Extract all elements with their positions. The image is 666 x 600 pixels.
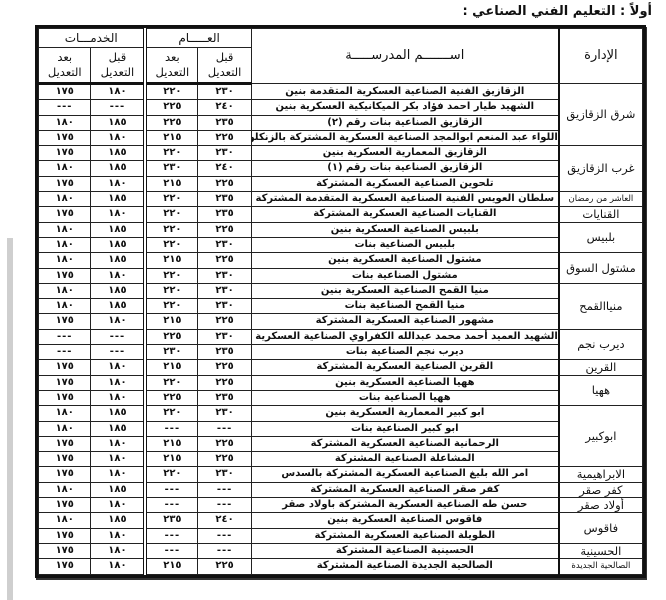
services-before-cell: ١٨٠ — [91, 543, 145, 558]
services-before-cell: --- — [91, 345, 145, 360]
school-name-cell: ههيا الصناعية العسكرية بنين — [251, 375, 559, 390]
services-before-cell: ١٨٥ — [91, 299, 145, 314]
general-before-cell: ٢٣٥ — [198, 115, 251, 130]
table-row: العاشر من رمضانسلطان العويس الفنية الصنا… — [39, 192, 643, 207]
services-before-cell: ١٨٠ — [91, 130, 145, 145]
services-after-cell: ١٨٠ — [39, 406, 91, 421]
table-row: فاقوسفاقوس الصناعية العسكرية بنين٢٤٠٢٣٥١… — [39, 513, 643, 528]
table-row: ديرب نجمالشهيد العميد أحمد محمد عبدالله … — [39, 329, 643, 344]
school-name-cell: سلطان العويس الفنية الصناعية العسكرية ال… — [251, 192, 559, 207]
services-after-cell: ١٧٥ — [39, 498, 91, 513]
admin-cell: الصالحية الجديدة — [559, 559, 643, 574]
services-after-cell: ١٧٥ — [39, 559, 91, 574]
admin-cell: القرين — [559, 360, 643, 375]
general-after-cell: ٢٢٠ — [145, 237, 197, 252]
general-after-cell: ٢٢٠ — [145, 207, 197, 222]
general-after-cell: --- — [145, 528, 197, 543]
services-before-cell: ١٨٥ — [91, 482, 145, 497]
services-after-cell: ١٧٥ — [39, 528, 91, 543]
table-row: ههيا الصناعية بنات٢٣٥٢٢٥١٨٠١٧٥ — [39, 390, 643, 405]
services-after-cell: ١٨٠ — [39, 161, 91, 176]
services-before-cell: ١٨٠ — [91, 84, 145, 100]
services-before-cell: ١٨٠ — [91, 375, 145, 390]
services-after-cell: ١٧٥ — [39, 207, 91, 222]
services-before-cell: ١٨٠ — [91, 207, 145, 222]
general-after-cell: ٢٢٠ — [145, 192, 197, 207]
table-row: الابراهيميةامر الله بليغ الصناعية العسكر… — [39, 467, 643, 482]
table-row: بلبيسبلبيس الصناعية العسكرية بنين٢٢٥٢٢٠١… — [39, 222, 643, 237]
admin-cell: ابوكبير — [559, 406, 643, 467]
services-after-cell: ١٧٥ — [39, 146, 91, 161]
general-after-cell: ٢٢٠ — [145, 222, 197, 237]
page-edge-bar — [7, 238, 13, 600]
services-before-cell: ١٨٠ — [91, 390, 145, 405]
general-before-cell: ٢٤٠ — [198, 100, 251, 115]
general-before-cell: ٢٢٥ — [198, 360, 251, 375]
admin-cell: شرق الزقازيق — [559, 84, 643, 146]
general-before-cell: ٢٣٥ — [198, 207, 251, 222]
general-after-cell: ٢٢٠ — [145, 283, 197, 298]
services-before-cell: ١٨٥ — [91, 146, 145, 161]
table-row: منياالقمحمنيا القمح الصناعية العسكرية بن… — [39, 283, 643, 298]
services-before-cell: ١٨٠ — [91, 467, 145, 482]
services-before-cell: ١٨٥ — [91, 253, 145, 268]
services-before-cell: --- — [91, 100, 145, 115]
table-row: الصالحية الجديدةالصالحية الجديدة الصناعي… — [39, 559, 643, 574]
general-before-cell: --- — [198, 421, 251, 436]
school-name-cell: المشاعلة الصناعية المشتركة — [251, 452, 559, 467]
header-services-after: بعد التعديل — [39, 48, 91, 84]
school-name-cell: منيا القمح الصناعية بنات — [251, 299, 559, 314]
table-row: الرحمانية الصناعية العسكرية المشتركة٢٢٥٢… — [39, 436, 643, 451]
table-row: كفر صقركفر صقر الصناعية العسكرية المشترك… — [39, 482, 643, 497]
services-after-cell: ١٧٥ — [39, 543, 91, 558]
general-after-cell: ٢٢٥ — [145, 329, 197, 344]
general-before-cell: ٢٣٠ — [198, 237, 251, 252]
school-name-cell: الزقازيق الصناعية بنات رقم (١) — [251, 161, 559, 176]
general-before-cell: ٢٣٠ — [198, 268, 251, 283]
general-after-cell: ٢٢٠ — [145, 375, 197, 390]
services-before-cell: ١٨٥ — [91, 406, 145, 421]
table-row: مشتول السوقمشتول الصناعية العسكرية بنين٢… — [39, 253, 643, 268]
table-row: الزقازيق الصناعية بنات رقم (٢)٢٣٥٢٢٥١٨٥١… — [39, 115, 643, 130]
header-general-before: قبل التعديل — [198, 48, 251, 84]
school-name-cell: القرين الصناعية العسكرية المشتركة — [251, 360, 559, 375]
services-after-cell: ١٧٥ — [39, 436, 91, 451]
services-before-cell: ١٨٠ — [91, 436, 145, 451]
general-before-cell: ٢٢٥ — [198, 253, 251, 268]
general-before-cell: ٢٣٠ — [198, 84, 251, 100]
table-row: أولاد صقرحسن طه الصناعية العسكرية المشتر… — [39, 498, 643, 513]
general-before-cell: ٢٢٥ — [198, 222, 251, 237]
general-before-cell: ٢٢٥ — [198, 314, 251, 329]
general-before-cell: ٢٢٥ — [198, 176, 251, 191]
admin-cell: الابراهيمية — [559, 467, 643, 482]
school-name-cell: الزقازيق الصناعية بنات رقم (٢) — [251, 115, 559, 130]
general-after-cell: ٢٣٠ — [145, 161, 197, 176]
table-row: شرق الزقازيقالزقازيق الفنية الصناعية الع… — [39, 84, 643, 100]
school-name-cell: ابو كبير الصناعية بنات — [251, 421, 559, 436]
services-after-cell: ١٧٥ — [39, 360, 91, 375]
school-name-cell: منيا القمح الصناعية العسكرية بنين — [251, 283, 559, 298]
school-name-cell: امر الله بليغ الصناعية العسكرية المشتركة… — [251, 467, 559, 482]
table-row: غرب الزقازيقالزقازيق المعمارية العسكرية … — [39, 146, 643, 161]
general-before-cell: ٢٣٠ — [198, 406, 251, 421]
table-row: القرينالقرين الصناعية العسكرية المشتركة٢… — [39, 360, 643, 375]
admin-cell: غرب الزقازيق — [559, 146, 643, 192]
general-after-cell: ٢١٥ — [145, 130, 197, 145]
general-after-cell: ٢٢٠ — [145, 146, 197, 161]
services-before-cell: ١٨٥ — [91, 237, 145, 252]
services-before-cell: ١٨٠ — [91, 176, 145, 191]
scores-table-frame: الإدارة اســـــــم المدرســـــة العـــــ… — [35, 25, 646, 578]
table-row: ههياههيا الصناعية العسكرية بنين٢٢٥٢٢٠١٨٠… — [39, 375, 643, 390]
school-name-cell: حسن طه الصناعية العسكرية المشتركة باولاد… — [251, 498, 559, 513]
services-before-cell: ١٨٠ — [91, 268, 145, 283]
services-after-cell: ١٨٠ — [39, 115, 91, 130]
header-general: العـــــام — [145, 29, 251, 48]
general-after-cell: ٢٢٠ — [145, 406, 197, 421]
services-after-cell: ١٨٠ — [39, 237, 91, 252]
services-before-cell: ١٨٠ — [91, 314, 145, 329]
general-after-cell: --- — [145, 482, 197, 497]
table-row: الطويلة الصناعية العسكرية المشتركة------… — [39, 528, 643, 543]
school-name-cell: الزقازيق المعمارية العسكرية بنين — [251, 146, 559, 161]
general-after-cell: --- — [145, 543, 197, 558]
general-before-cell: ٢٣٠ — [198, 283, 251, 298]
table-row: مشتول الصناعية بنات٢٣٠٢٢٠١٨٠١٧٥ — [39, 268, 643, 283]
school-name-cell: فاقوس الصناعية العسكرية بنين — [251, 513, 559, 528]
table-row: بلبيس الصناعية بنات٢٣٠٢٢٠١٨٥١٨٠ — [39, 237, 643, 252]
school-name-cell: بلبيس الصناعية بنات — [251, 237, 559, 252]
general-after-cell: ٢١٥ — [145, 452, 197, 467]
general-after-cell: ٢١٥ — [145, 436, 197, 451]
school-name-cell: الرحمانية الصناعية العسكرية المشتركة — [251, 436, 559, 451]
school-name-cell: الحسينية الصناعية المشتركة — [251, 543, 559, 558]
general-after-cell: ٢١٥ — [145, 176, 197, 191]
table-row: القناياتالقنايات الصناعية العسكرية المشت… — [39, 207, 643, 222]
header-general-after: بعد التعديل — [145, 48, 197, 84]
scores-table: الإدارة اســـــــم المدرســـــة العـــــ… — [38, 28, 643, 575]
services-before-cell: ١٨٠ — [91, 528, 145, 543]
table-row: ابو كبير الصناعية بنات------١٨٥١٨٠ — [39, 421, 643, 436]
table-row: الشهيد طيار احمد فؤاد بكر الميكانيكية ال… — [39, 100, 643, 115]
header-services: الخدمـــات — [39, 29, 146, 48]
school-name-cell: اللواء عبد المنعم ابوالمجد الصناعية العس… — [251, 130, 559, 145]
admin-cell: العاشر من رمضان — [559, 192, 643, 207]
services-after-cell: ١٨٠ — [39, 421, 91, 436]
general-after-cell: ٢٢٠ — [145, 268, 197, 283]
general-before-cell: ٢٣٠ — [198, 146, 251, 161]
general-before-cell: ٢٢٥ — [198, 452, 251, 467]
services-after-cell: ١٧٥ — [39, 130, 91, 145]
school-name-cell: الشهيد طيار احمد فؤاد بكر الميكانيكية ال… — [251, 100, 559, 115]
admin-cell: ههيا — [559, 375, 643, 406]
services-before-cell: ١٨٠ — [91, 452, 145, 467]
admin-cell: كفر صقر — [559, 482, 643, 497]
services-before-cell: ١٨٥ — [91, 115, 145, 130]
admin-cell: مشتول السوق — [559, 253, 643, 284]
services-after-cell: ١٧٥ — [39, 314, 91, 329]
services-before-cell: ١٨٠ — [91, 498, 145, 513]
services-after-cell: --- — [39, 345, 91, 360]
services-before-cell: ١٨٥ — [91, 421, 145, 436]
general-after-cell: ٢١٥ — [145, 360, 197, 375]
services-before-cell: ١٨٥ — [91, 192, 145, 207]
table-row: ديرب نجم الصناعية بنات٢٣٥٢٣٠------ — [39, 345, 643, 360]
general-before-cell: ٢٤٠ — [198, 513, 251, 528]
services-after-cell: ١٨٠ — [39, 192, 91, 207]
services-after-cell: ١٨٠ — [39, 253, 91, 268]
general-before-cell: ٢٢٥ — [198, 375, 251, 390]
services-before-cell: ١٨٥ — [91, 161, 145, 176]
services-after-cell: ١٧٥ — [39, 84, 91, 100]
school-name-cell: الزقازيق الفنية الصناعية العسكرية المتقد… — [251, 84, 559, 100]
admin-cell: بلبيس — [559, 222, 643, 253]
general-before-cell: ٢٣٥ — [198, 390, 251, 405]
general-before-cell: ٢٣٥ — [198, 345, 251, 360]
general-after-cell: ٢١٥ — [145, 253, 197, 268]
general-before-cell: --- — [198, 498, 251, 513]
general-after-cell: ٢٢٥ — [145, 390, 197, 405]
school-name-cell: ديرب نجم الصناعية بنات — [251, 345, 559, 360]
services-after-cell: ١٧٥ — [39, 176, 91, 191]
table-row: مشهور الصناعية العسكرية المشتركة٢٢٥٢١٥١٨… — [39, 314, 643, 329]
admin-cell: القنايات — [559, 207, 643, 222]
school-name-cell: ابو كبير المعمارية العسكرية بنين — [251, 406, 559, 421]
services-after-cell: ١٨٠ — [39, 283, 91, 298]
services-before-cell: ١٨٥ — [91, 222, 145, 237]
services-after-cell: ١٧٥ — [39, 452, 91, 467]
admin-cell: أولاد صقر — [559, 498, 643, 513]
general-before-cell: ٢٢٥ — [198, 559, 251, 574]
admin-cell: فاقوس — [559, 513, 643, 544]
table-row: اللواء عبد المنعم ابوالمجد الصناعية العس… — [39, 130, 643, 145]
general-after-cell: ٢٢٠ — [145, 299, 197, 314]
general-after-cell: --- — [145, 421, 197, 436]
table-row: المشاعلة الصناعية المشتركة٢٢٥٢١٥١٨٠١٧٥ — [39, 452, 643, 467]
services-after-cell: ١٨٠ — [39, 222, 91, 237]
school-name-cell: مشتول الصناعية العسكرية بنين — [251, 253, 559, 268]
general-before-cell: ٢٣٥ — [198, 192, 251, 207]
general-before-cell: --- — [198, 482, 251, 497]
services-after-cell: ١٧٥ — [39, 375, 91, 390]
general-after-cell: ٢٢٥ — [145, 115, 197, 130]
school-name-cell: ههيا الصناعية بنات — [251, 390, 559, 405]
general-before-cell: ٢٣٠ — [198, 329, 251, 344]
table-row: تلحوين الصناعية العسكرية المشتركة٢٢٥٢١٥١… — [39, 176, 643, 191]
general-after-cell: ٢١٥ — [145, 314, 197, 329]
school-name-cell: مشتول الصناعية بنات — [251, 268, 559, 283]
services-after-cell: --- — [39, 100, 91, 115]
services-before-cell: ١٨٥ — [91, 513, 145, 528]
services-after-cell: --- — [39, 329, 91, 344]
general-after-cell: ٢٢٠ — [145, 467, 197, 482]
table-row: الزقازيق الصناعية بنات رقم (١)٢٤٠٢٣٠١٨٥١… — [39, 161, 643, 176]
general-before-cell: ٢٤٠ — [198, 161, 251, 176]
services-after-cell: ١٨٠ — [39, 299, 91, 314]
header-services-before: قبل التعديل — [91, 48, 145, 84]
general-after-cell: ٢٣٠ — [145, 345, 197, 360]
school-name-cell: مشهور الصناعية العسكرية المشتركة — [251, 314, 559, 329]
admin-cell: ديرب نجم — [559, 329, 643, 360]
services-after-cell: ١٧٥ — [39, 390, 91, 405]
general-before-cell: --- — [198, 528, 251, 543]
general-before-cell: --- — [198, 543, 251, 558]
school-name-cell: الشهيد العميد أحمد محمد عبدالله الكفراوي… — [251, 329, 559, 344]
admin-cell: الحسينية — [559, 543, 643, 558]
services-after-cell: ١٧٥ — [39, 467, 91, 482]
general-after-cell: ٢٣٥ — [145, 513, 197, 528]
admin-cell: منياالقمح — [559, 283, 643, 329]
services-after-cell: ١٨٠ — [39, 513, 91, 528]
table-row: الحسينيةالحسينية الصناعية المشتركة------… — [39, 543, 643, 558]
services-before-cell: ١٨٥ — [91, 283, 145, 298]
general-after-cell: ٢١٥ — [145, 559, 197, 574]
school-name-cell: الصالحية الجديدة الصناعية المشتركة — [251, 559, 559, 574]
general-before-cell: ٢٢٥ — [198, 436, 251, 451]
school-name-cell: تلحوين الصناعية العسكرية المشتركة — [251, 176, 559, 191]
school-name-cell: بلبيس الصناعية العسكرية بنين — [251, 222, 559, 237]
section-title: أولاً : التعليم الفني الصناعي : — [462, 4, 652, 19]
general-before-cell: ٢٢٥ — [198, 130, 251, 145]
services-before-cell: ١٨٠ — [91, 360, 145, 375]
general-after-cell: --- — [145, 498, 197, 513]
general-before-cell: ٢٣٠ — [198, 467, 251, 482]
services-after-cell: ١٨٠ — [39, 482, 91, 497]
header-school: اســـــــم المدرســـــة — [251, 29, 559, 84]
services-before-cell: ١٨٠ — [91, 559, 145, 574]
general-before-cell: ٢٣٠ — [198, 299, 251, 314]
school-name-cell: كفر صقر الصناعية العسكرية المشتركة — [251, 482, 559, 497]
table-row: منيا القمح الصناعية بنات٢٣٠٢٢٠١٨٥١٨٠ — [39, 299, 643, 314]
general-after-cell: ٢٢٥ — [145, 100, 197, 115]
table-body: شرق الزقازيقالزقازيق الفنية الصناعية الع… — [39, 84, 643, 575]
school-name-cell: الطويلة الصناعية العسكرية المشتركة — [251, 528, 559, 543]
services-after-cell: ١٧٥ — [39, 268, 91, 283]
general-after-cell: ٢٢٠ — [145, 84, 197, 100]
school-name-cell: القنايات الصناعية العسكرية المشتركة — [251, 207, 559, 222]
table-row: ابوكبيرابو كبير المعمارية العسكرية بنين٢… — [39, 406, 643, 421]
header-admin: الإدارة — [559, 29, 643, 84]
services-before-cell: --- — [91, 329, 145, 344]
